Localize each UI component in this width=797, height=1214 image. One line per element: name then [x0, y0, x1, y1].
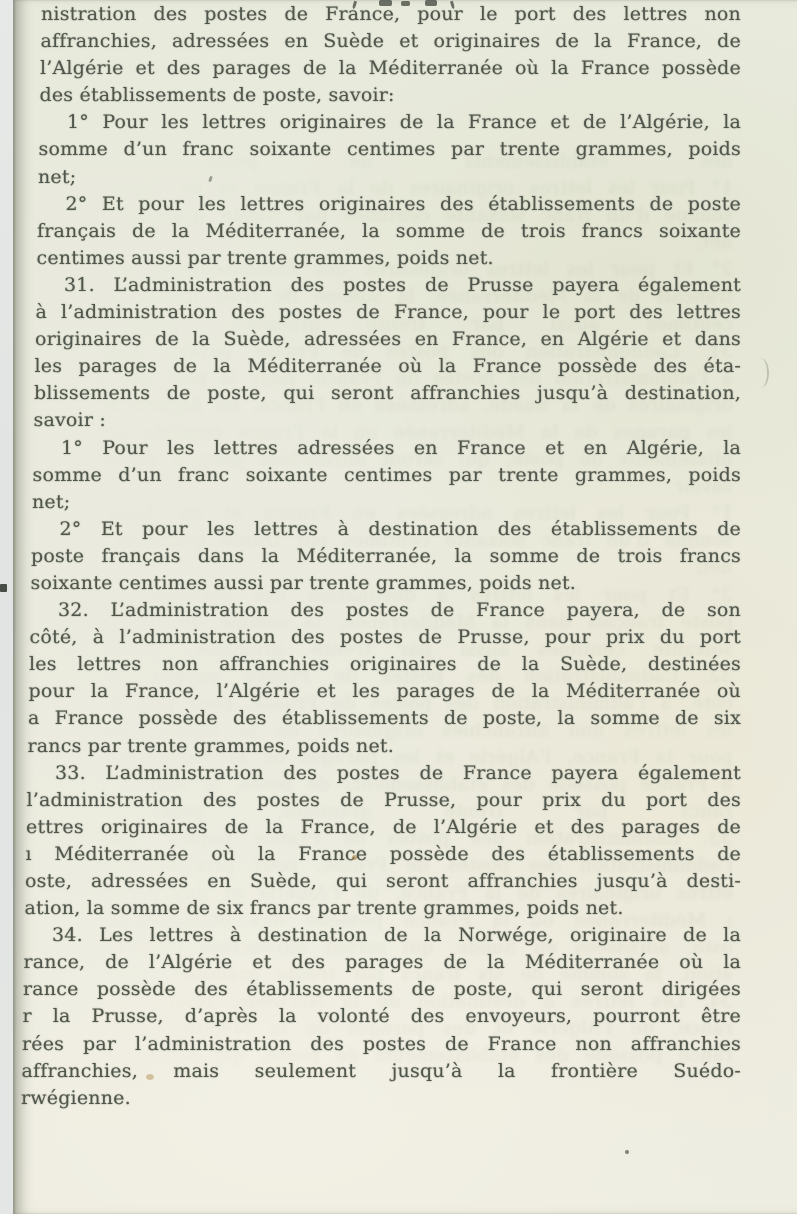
- text-line: rées par l’administration des postes de …: [22, 1031, 741, 1058]
- text-line: à l’administration des postes de France,…: [36, 299, 742, 326]
- age-spot: [352, 855, 357, 860]
- text-line: 33. L’administration des postes de Franc…: [27, 760, 741, 787]
- text-line: affranchies, mais seulement jusqu’à la f…: [22, 1058, 742, 1085]
- text-line: 1° Pour les lettres originaires de la Fr…: [39, 109, 741, 136]
- text-line: pour la France, l’Algérie et les parages…: [29, 678, 742, 705]
- margin-mark: [755, 358, 769, 388]
- text-line: a France possède des établissements de p…: [28, 705, 741, 732]
- scan-edge-artifact: [0, 584, 7, 592]
- ink-speck: [625, 1150, 629, 1154]
- text-line: net;: [38, 164, 741, 191]
- text-line: côté, à l’administration des postes de P…: [30, 624, 742, 651]
- text-line: nistration des postes de France, pour le…: [41, 1, 741, 28]
- text-line: savoir :: [34, 407, 742, 434]
- text-line: rance possède des établissements de post…: [23, 976, 741, 1003]
- text-line: les parages de la Méditerranée où la Fra…: [35, 353, 742, 380]
- text-line: rance, de l’Algérie et des parages de la…: [24, 949, 742, 976]
- text-line: 2° Et pour les lettres originaires des é…: [38, 191, 742, 218]
- text-line: r la Prusse, d’après la volonté des envo…: [23, 1003, 742, 1030]
- book-page: des établissements de poste, savoir:1° P…: [13, 0, 797, 1214]
- text-line: oste, adressées en Suède, qui seront aff…: [25, 868, 741, 895]
- text-line: 2° Et pour les lettres à destination des…: [32, 516, 742, 543]
- text-line: rwégienne.: [21, 1085, 741, 1112]
- age-spot: [146, 1074, 154, 1080]
- body-text-block: nistration des postes de France, pour le…: [41, 1, 741, 1112]
- text-line: originaires de la Suède, adressées en Fr…: [35, 326, 741, 353]
- text-line: blissements de poste, qui seront affranc…: [34, 380, 741, 407]
- text-line: affranchies, adressées en Suède et origi…: [41, 28, 742, 55]
- scanner-bed-strip: [0, 0, 14, 1214]
- text-line: net;: [32, 489, 741, 516]
- text-line: des établissements de poste, savoir:: [40, 82, 742, 109]
- text-line: ettres originaires de la France, de l’Al…: [26, 814, 741, 841]
- text-line: 1° Pour les lettres adressées en France …: [33, 435, 741, 462]
- text-line: rancs par trente grammes, poids net.: [28, 733, 742, 760]
- text-line: somme d’un franc soixante centimes par t…: [33, 462, 742, 489]
- text-line: ı Méditerranée où la France possède des …: [26, 841, 742, 868]
- text-line: somme d’un franc soixante centimes par t…: [39, 136, 742, 163]
- text-line: soixante centimes aussi par trente gramm…: [31, 570, 742, 597]
- text-line: l’administration des postes de Prusse, p…: [27, 787, 742, 814]
- text-line: 34. Les lettres à destination de la Norw…: [24, 922, 741, 949]
- text-line: ation, la somme de six francs par trente…: [25, 895, 742, 922]
- text-line: centimes aussi par trente grammes, poids…: [37, 245, 742, 272]
- text-line: 32. L’administration des postes de Franc…: [30, 597, 741, 624]
- text-line: français de la Méditerranée, la somme de…: [37, 218, 741, 245]
- text-line: 31. L’administration des postes de Pruss…: [36, 272, 741, 299]
- text-line: les lettres non affranchies originaires …: [29, 651, 741, 678]
- text-line: poste français dans la Méditerranée, la …: [31, 543, 741, 570]
- scanned-document-page: { "document": { "kind": "scanned book pa…: [0, 0, 797, 1214]
- text-line: l’Algérie et des parages de la Méditerra…: [40, 55, 741, 82]
